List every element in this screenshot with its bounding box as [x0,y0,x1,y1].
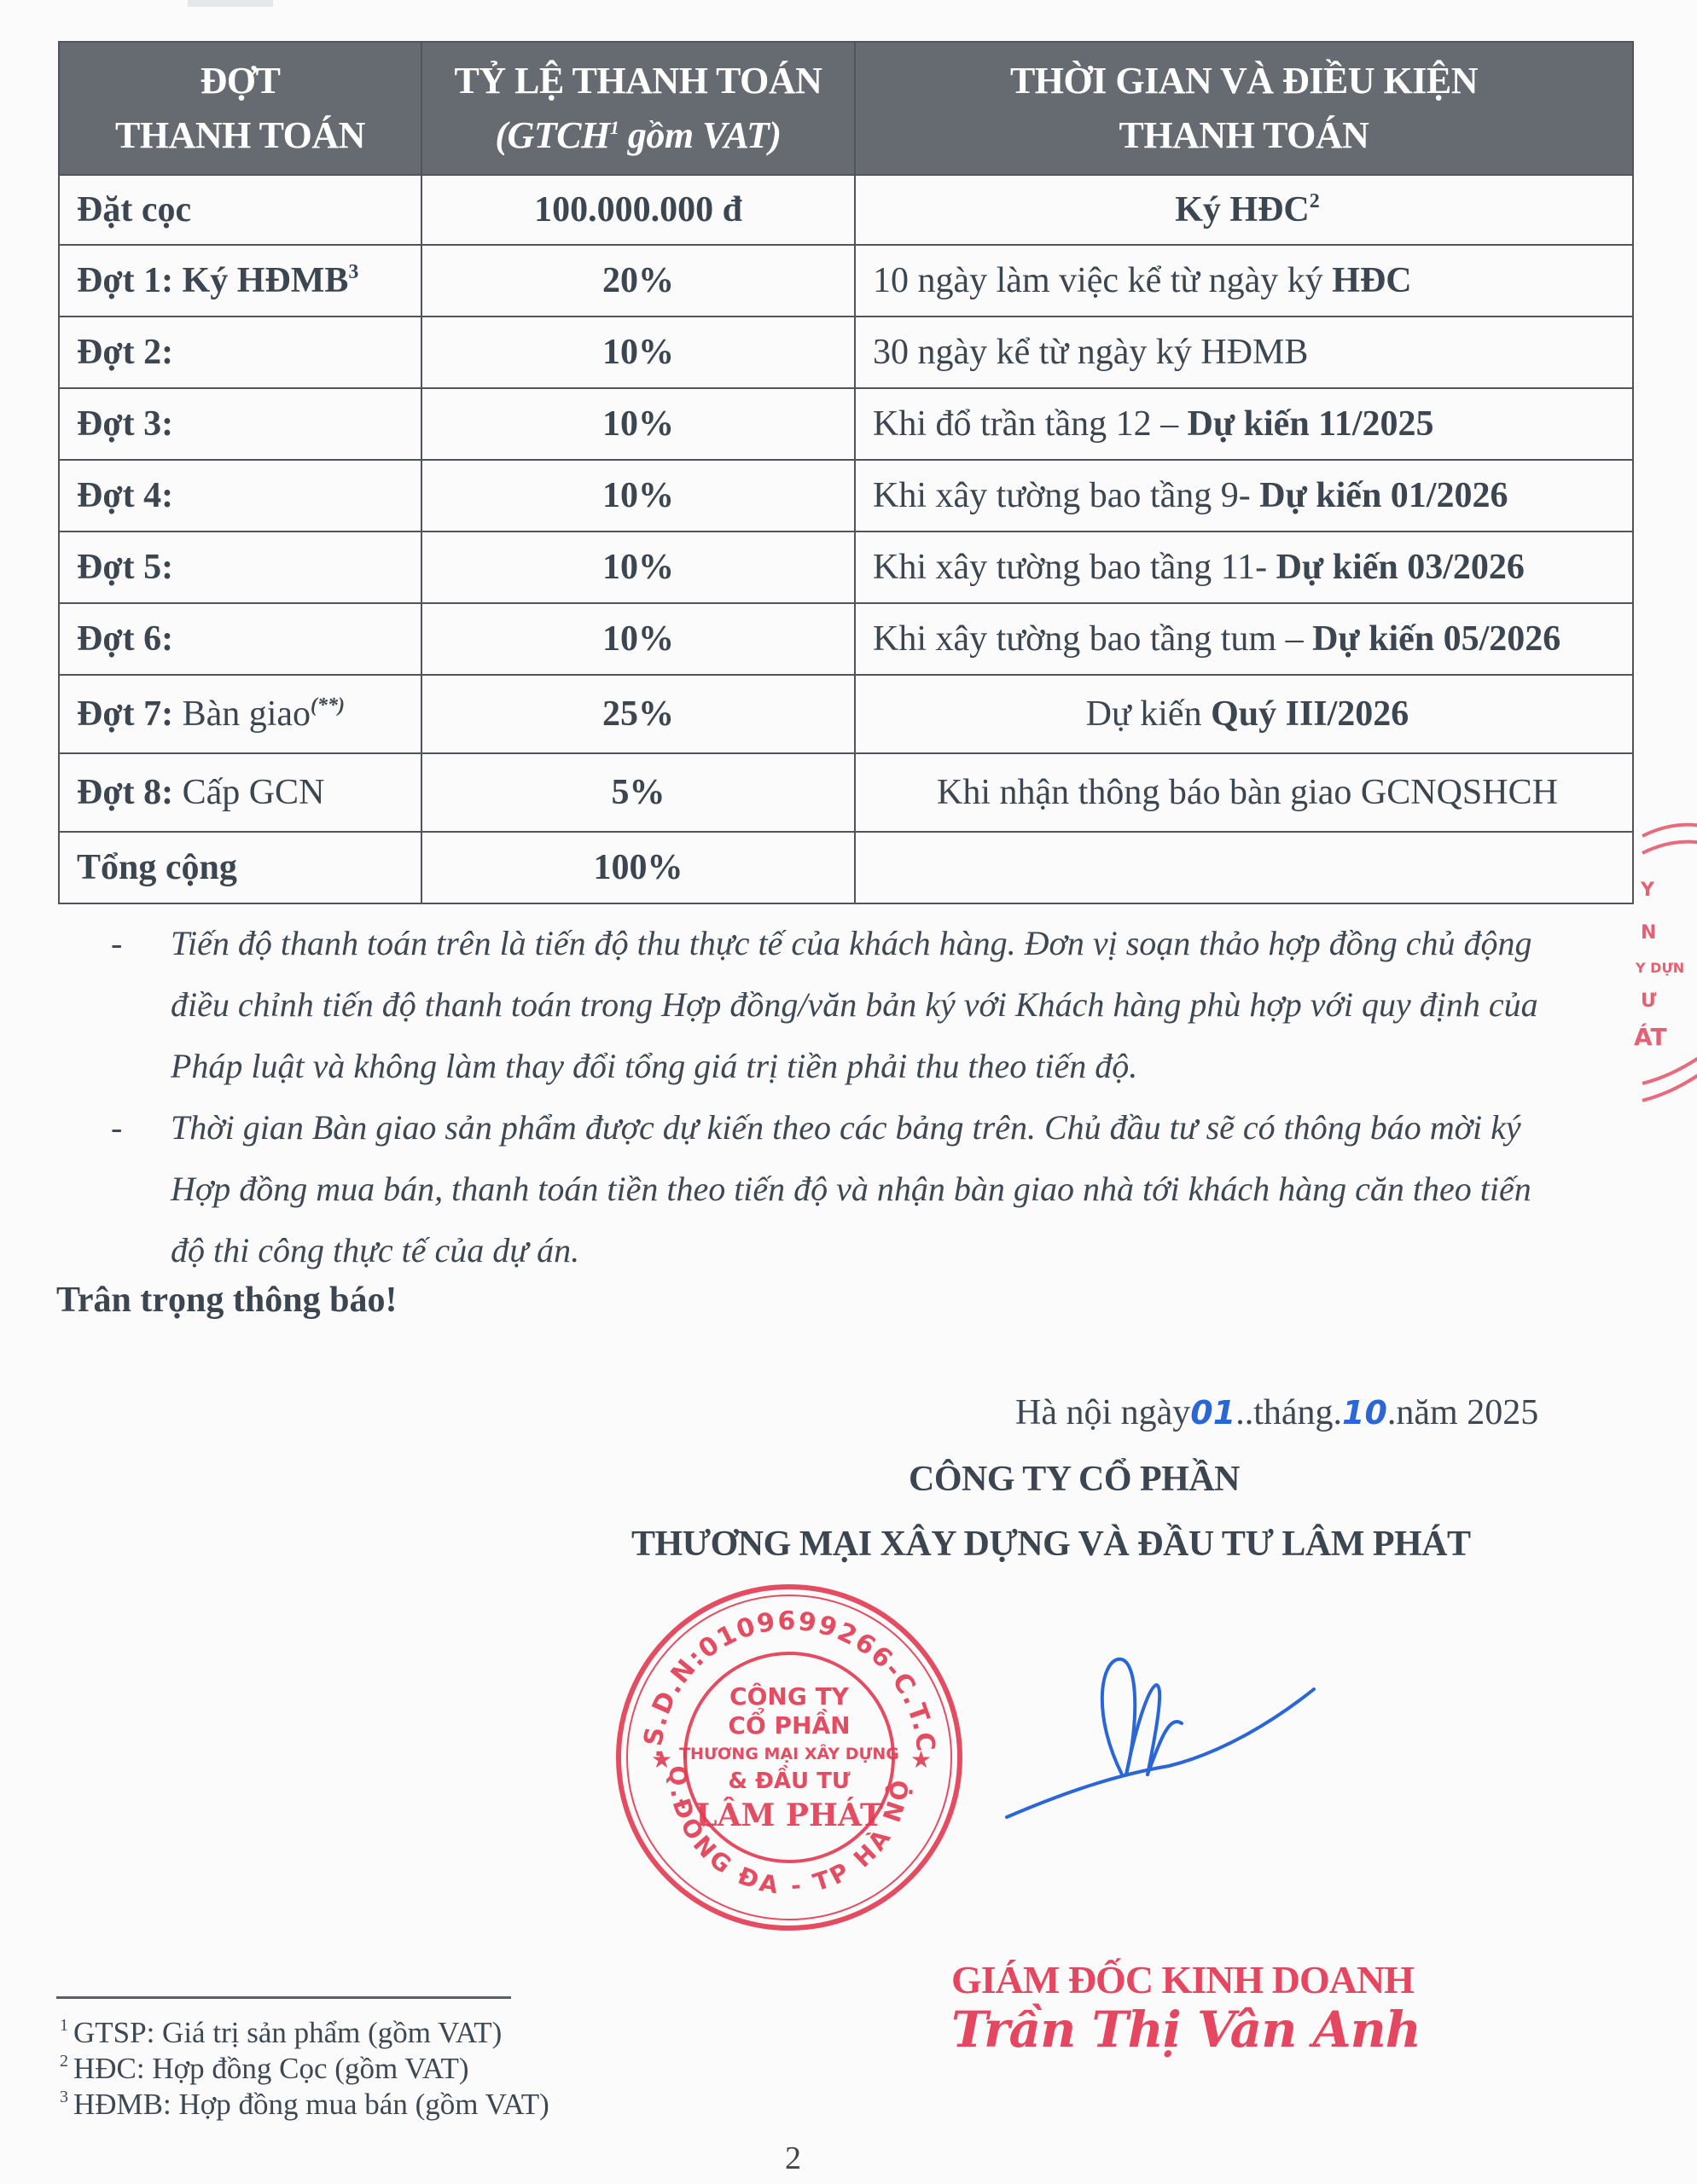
svg-text:★: ★ [651,1745,672,1774]
rate-cell: 100.000.000 đ [421,175,855,245]
partial-seal-icon: Y N Y DỰN Ư ÁT [1625,802,1697,1160]
condition-cell: 30 ngày kể từ ngày ký HĐMB [855,317,1633,388]
table-row: Đợt 4:10%Khi xây tường bao tầng 9- Dự ki… [59,460,1633,531]
company-name-line1: CÔNG TY CỔ PHẦN [909,1459,1240,1500]
condition-cell: 10 ngày làm việc kể từ ngày ký HĐC [855,245,1633,317]
table-row: Đợt 3:10%Khi đổ trần tầng 12 – Dự kiến 1… [59,388,1633,460]
svg-text:CÔNG TY: CÔNG TY [729,1682,850,1711]
footnotes: 1GTSP: Giá trị sản phẩm (gồm VAT) 2HĐC: … [60,2015,549,2123]
table-row: Đợt 2:10%30 ngày kể từ ngày ký HĐMB [59,317,1633,388]
payment-schedule-table: ĐỢT THANH TOÁN TỶ LỆ THANH TOÁN (GTCH1 g… [58,41,1634,904]
table-row: Đợt 5:10%Khi xây tường bao tầng 11- Dự k… [59,531,1633,603]
handwritten-month: 10 [1342,1394,1387,1432]
svg-text:LÂM PHÁT: LÂM PHÁT [695,1798,883,1833]
page-number: 2 [785,2140,801,2177]
table-row: Đặt cọc100.000.000 đKý HĐC2 [59,175,1633,245]
note-item: - Thời gian Bàn giao sản phẩm được dự ki… [111,1097,1561,1281]
condition-cell: Dự kiến Quý III/2026 [855,675,1633,753]
svg-text:& ĐẦU TƯ: & ĐẦU TƯ [728,1764,851,1794]
table-row: Đợt 8: Cấp GCN5%Khi nhận thông báo bàn g… [59,753,1633,832]
rate-cell: 10% [421,388,855,460]
condition-cell: Khi xây tường bao tầng 9- Dự kiến 01/202… [855,460,1633,531]
rate-cell: 10% [421,460,855,531]
signer-name: Trần Thị Vân Anh [951,2001,1421,2059]
svg-text:ÁT: ÁT [1634,1022,1667,1051]
cropped-text-fragment [188,0,273,7]
company-seal-icon: M.S.D.N:0109699266-C.T.C.P Q.ĐỐNG ĐA - T… [610,1578,968,1937]
handwritten-day: 01 [1190,1394,1235,1432]
svg-text:Y DỰN: Y DỰN [1635,960,1684,976]
note-item: - Tiến độ thanh toán trên là tiến độ thu… [111,913,1561,1097]
phase-cell: Đợt 6: [59,603,421,675]
svg-text:Ư: Ư [1641,990,1657,1012]
svg-text:CỔ PHẦN: CỔ PHẦN [728,1705,850,1740]
table-header-row: ĐỢT THANH TOÁN TỶ LỆ THANH TOÁN (GTCH1 g… [59,42,1633,175]
rate-cell: 25% [421,675,855,753]
rate-cell: 100% [421,832,855,903]
phase-cell: Đợt 3: [59,388,421,460]
rate-cell: 5% [421,753,855,832]
svg-text:★: ★ [910,1745,932,1774]
phase-cell: Đợt 7: Bàn giao(**) [59,675,421,753]
rate-cell: 10% [421,317,855,388]
handwritten-signature-icon [998,1647,1322,1843]
table-row: Tổng cộng100% [59,832,1633,903]
table-row: Đợt 7: Bàn giao(**)25%Dự kiến Quý III/20… [59,675,1633,753]
closing-line: Trân trọng thông báo! [56,1280,397,1321]
condition-cell [855,832,1633,903]
svg-text:THƯƠNG MẠI XÂY DỰNG: THƯƠNG MẠI XÂY DỰNG [679,1744,899,1763]
condition-cell: Khi xây tường bao tầng tum – Dự kiến 05/… [855,603,1633,675]
svg-text:N: N [1641,922,1656,944]
phase-cell: Đợt 1: Ký HĐMB3 [59,245,421,317]
svg-text:Y: Y [1640,880,1655,901]
header-rate: TỶ LỆ THANH TOÁN (GTCH1 gồm VAT) [421,42,855,175]
phase-cell: Đợt 8: Cấp GCN [59,753,421,832]
company-name-line2: THƯƠNG MẠI XÂY DỰNG VÀ ĐẦU TƯ LÂM PHÁT [631,1524,1471,1565]
rate-cell: 20% [421,245,855,317]
table-row: Đợt 6:10%Khi xây tường bao tầng tum – Dự… [59,603,1633,675]
phase-cell: Đặt cọc [59,175,421,245]
footnote-item: 2HĐC: Hợp đồng Cọc (gồm VAT) [60,2051,549,2087]
notes-list: - Tiến độ thanh toán trên là tiến độ thu… [111,913,1561,1281]
date-line: Hà nội ngày01..tháng.10.năm 2025 [1015,1392,1538,1433]
condition-cell: Ký HĐC2 [855,175,1633,245]
header-conditions: THỜI GIAN VÀ ĐIỀU KIỆN THANH TOÁN [855,42,1633,175]
footnote-item: 3HĐMB: Hợp đồng mua bán (gồm VAT) [60,2087,549,2123]
footnote-divider [56,1996,511,1999]
condition-cell: Khi nhận thông báo bàn giao GCNQSHCH [855,753,1633,832]
table-row: Đợt 1: Ký HĐMB320%10 ngày làm việc kể từ… [59,245,1633,317]
phase-cell: Đợt 5: [59,531,421,603]
phase-cell: Tổng cộng [59,832,421,903]
rate-cell: 10% [421,531,855,603]
phase-cell: Đợt 4: [59,460,421,531]
signer-title: GIÁM ĐỐC KINH DOANH [951,1957,1414,2002]
header-phase: ĐỢT THANH TOÁN [59,42,421,175]
condition-cell: Khi xây tường bao tầng 11- Dự kiến 03/20… [855,531,1633,603]
rate-cell: 10% [421,603,855,675]
phase-cell: Đợt 2: [59,317,421,388]
condition-cell: Khi đổ trần tầng 12 – Dự kiến 11/2025 [855,388,1633,460]
footnote-item: 1GTSP: Giá trị sản phẩm (gồm VAT) [60,2015,549,2051]
